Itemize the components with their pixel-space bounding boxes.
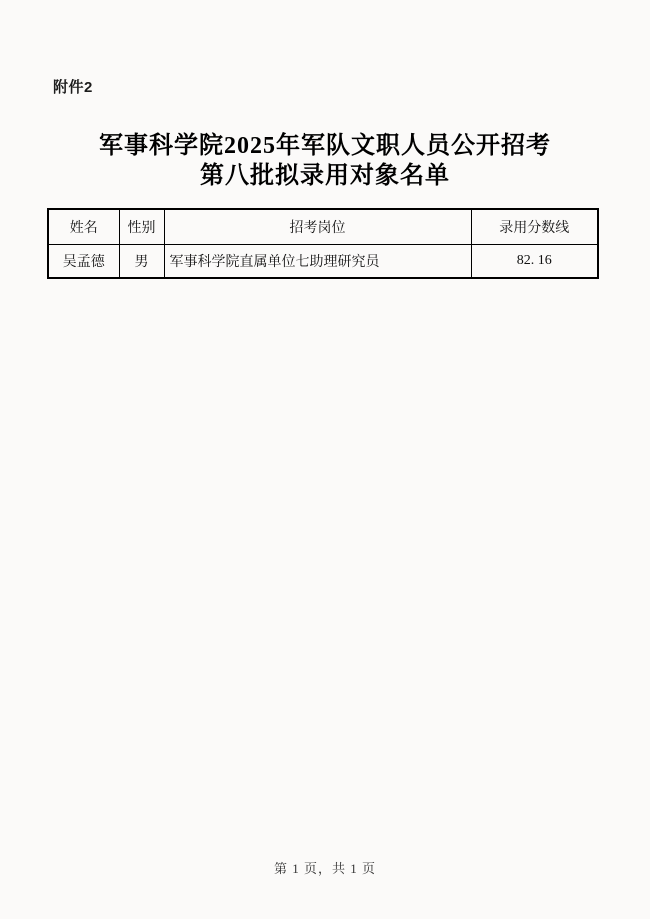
document-title: 军事科学院2025年军队文职人员公开招考 第八批拟录用对象名单 [0,131,650,191]
table-row: 吴孟德 男 军事科学院直属单位七助理研究员 82. 16 [48,245,598,279]
header-row: 姓名 性别 招考岗位 录用分数线 [48,209,598,245]
header-gender: 性别 [119,209,164,245]
cell-position: 军事科学院直属单位七助理研究员 [164,245,471,279]
document-title-line2: 第八批拟录用对象名单 [0,161,650,191]
cell-gender: 男 [119,245,164,279]
header-score-line: 录用分数线 [471,209,598,245]
document-page: 附件2 军事科学院2025年军队文职人员公开招考 第八批拟录用对象名单 姓名 性… [0,0,650,919]
header-position: 招考岗位 [164,209,471,245]
roster-table-header: 姓名 性别 招考岗位 录用分数线 [48,209,598,245]
roster-table: 姓名 性别 招考岗位 录用分数线 吴孟德 男 军事科学院直属单位七助理研究员 8… [47,208,599,279]
cell-score: 82. 16 [471,245,598,279]
header-name: 姓名 [48,209,119,245]
page-number-footer: 第 1 页，共 1 页 [0,858,650,877]
attachment-label: 附件2 [53,79,93,96]
cell-name: 吴孟德 [48,245,119,279]
roster-table-body: 吴孟德 男 军事科学院直属单位七助理研究员 82. 16 [48,245,598,279]
document-title-line1: 军事科学院2025年军队文职人员公开招考 [0,131,650,161]
